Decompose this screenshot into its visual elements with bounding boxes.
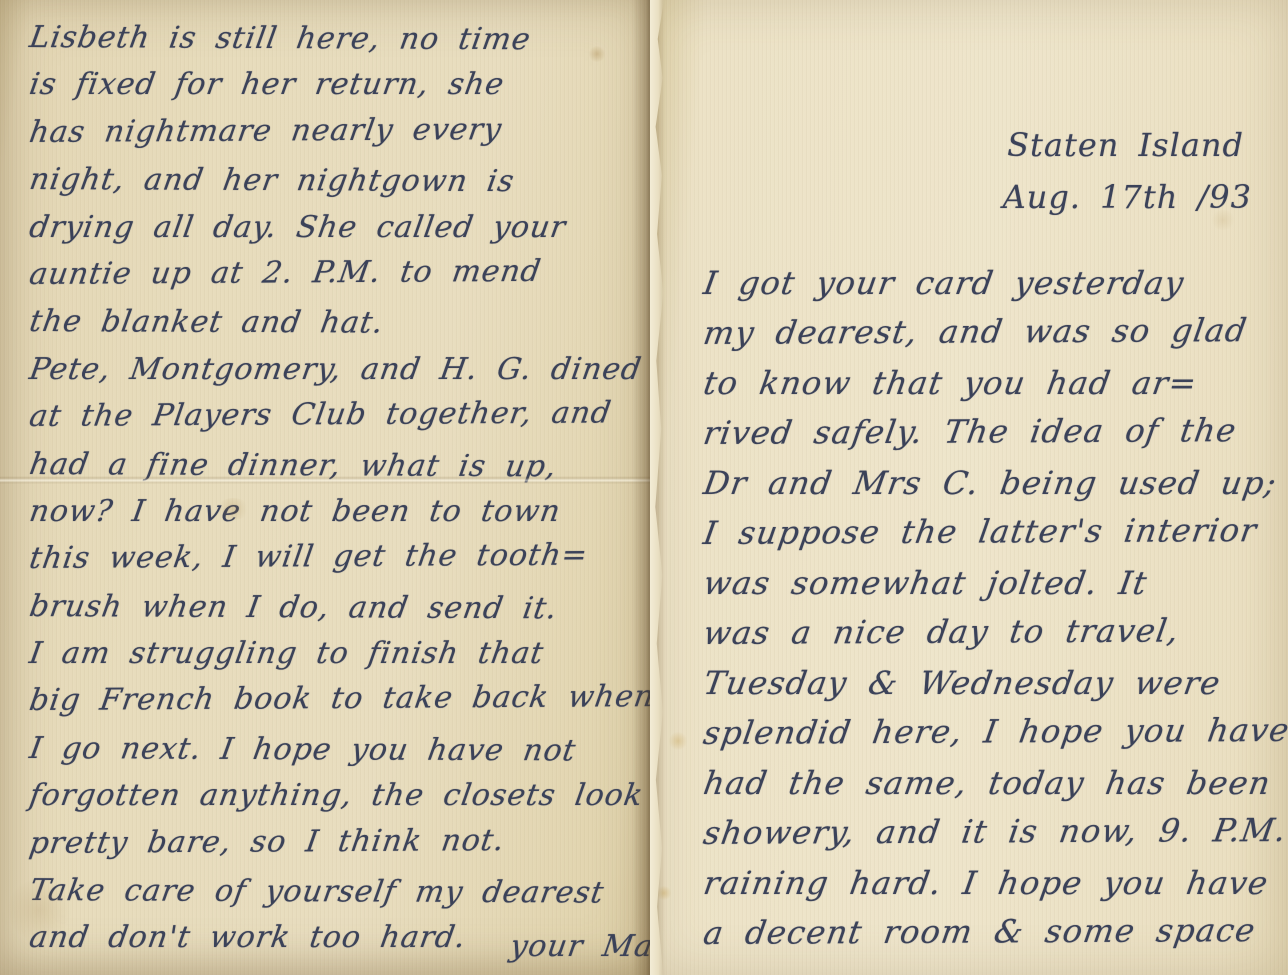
letter-scan: Lisbeth is still here, no time is fixed … [0, 0, 1288, 975]
torn-edge [650, 0, 664, 975]
handwriting-line: has nightmare nearly every [26, 105, 650, 156]
handwriting-line: had the same, today has been [700, 758, 1288, 808]
handwriting-line: forgotten anything, the closets look [26, 772, 650, 819]
handwriting-line: auntie up at 2. P.M. to mend [26, 247, 650, 298]
handwriting-line: rived safely. The idea of the [700, 405, 1288, 458]
handwriting-line: and don't work too hard. your Mama [26, 914, 650, 961]
handwriting-line: showery, and it is now, 9. P.M. [700, 805, 1288, 858]
letter-signature: your Mama [507, 923, 650, 970]
left-page-text: Lisbeth is still here, no time is fixed … [26, 14, 650, 962]
handwriting-line: splendid here, I hope you have [700, 705, 1288, 758]
handwriting-line: now? I have not been to town [26, 488, 650, 535]
handwriting-line: at the Players Club together, and [26, 389, 650, 440]
letter-date: Aug. 17th /93 [1003, 178, 1252, 216]
handwriting-line: pretty bare, so I think not. [26, 816, 650, 867]
handwriting-line: Take care of yourself my dearest [26, 867, 650, 917]
paper-stain [668, 732, 688, 750]
handwriting-line: was a nice day to travel, [700, 605, 1288, 658]
handwriting-line: Lisbeth is still here, no time [26, 14, 650, 64]
handwriting-line: big French book to take back when [26, 674, 650, 725]
handwriting-line: brush when I do, and send it. [26, 583, 650, 633]
handwriting-line: my dearest, and was so glad [700, 305, 1288, 358]
closing-text: and don't work too hard. [26, 914, 470, 961]
handwriting-line: the blanket and hat. [26, 298, 650, 348]
handwriting-line: I suppose the latter's interior [700, 505, 1288, 558]
handwriting-line: raining hard. I hope you have [700, 858, 1288, 908]
handwriting-line: I got your card yesterday [700, 258, 1288, 308]
handwriting-line: was somewhat jolted. It [700, 558, 1288, 608]
handwriting-line: a decent room & some space [700, 905, 1288, 958]
handwriting-line: I am struggling to finish that [26, 630, 650, 677]
letter-left-page: Lisbeth is still here, no time is fixed … [0, 0, 650, 975]
handwriting-line: night, and her nightgown is [26, 156, 650, 206]
handwriting-line: had a fine dinner, what is up, [26, 441, 650, 491]
handwriting-line: Pete, Montgomery, and H. G. dined [26, 346, 650, 393]
handwriting-line: Tuesday & Wednesday were [700, 658, 1288, 708]
handwriting-line: this week, I will get the tooth= [26, 531, 650, 582]
handwriting-line: Dr and Mrs C. being used up; [700, 458, 1288, 508]
handwriting-line: I go next. I hope you have not [26, 725, 650, 775]
handwriting-line: drying all day. She called your [26, 204, 650, 251]
handwriting-line: to know that you had ar= [700, 358, 1288, 408]
letter-right-page: Staten Island Aug. 17th /93 I got your c… [650, 0, 1288, 975]
right-page-text: I got your card yesterday my dearest, an… [700, 258, 1288, 958]
handwriting-line: is fixed for her return, she [26, 61, 650, 108]
letter-place: Staten Island [1007, 126, 1244, 164]
